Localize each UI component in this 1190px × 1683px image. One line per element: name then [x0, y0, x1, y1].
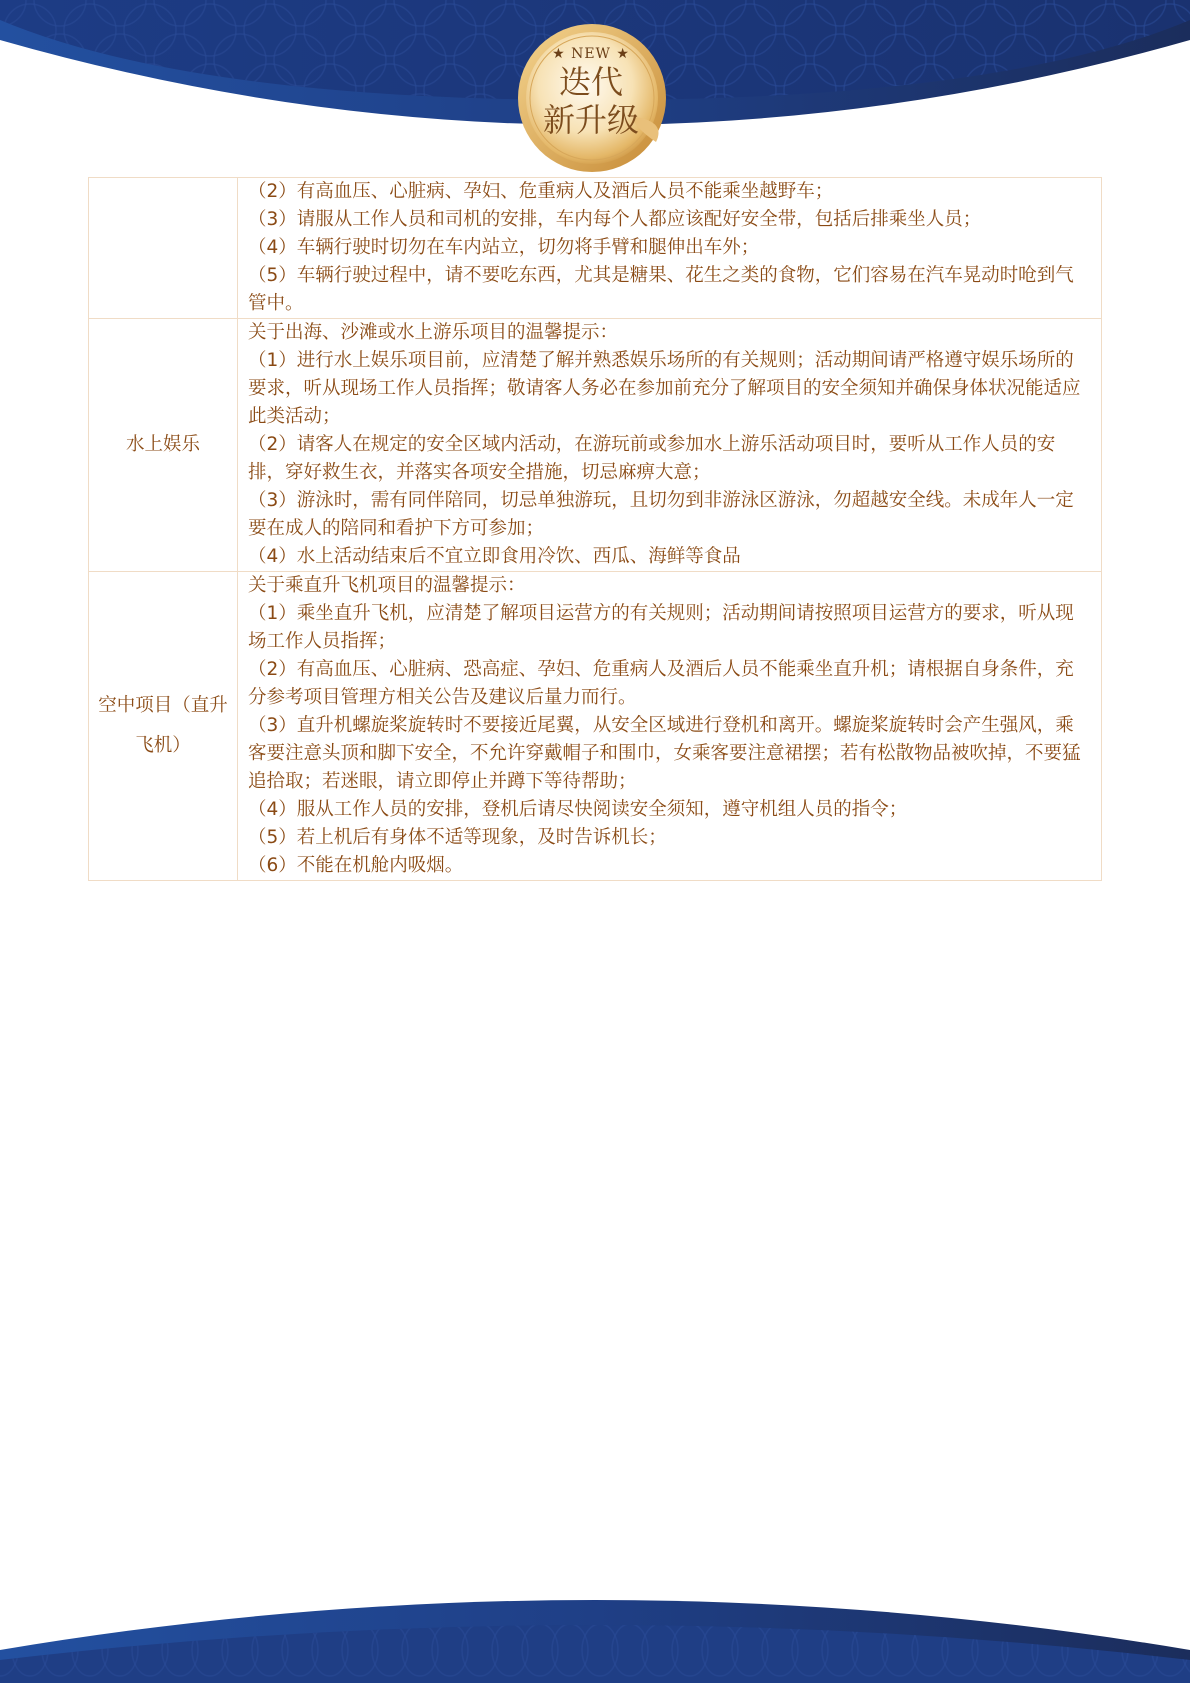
category-cell — [89, 178, 238, 319]
tip-line: （2）有高血压、心脏病、孕妇、危重病人及酒后人员不能乘坐越野车； — [248, 178, 1091, 206]
table-row-helicopter: 空中项目（直升飞机） 关于乘直升飞机项目的温馨提示： （1）乘坐直升飞机，应清楚… — [89, 572, 1102, 881]
safety-tips-table: （2）有高血压、心脏病、孕妇、危重病人及酒后人员不能乘坐越野车； （3）请服从工… — [88, 177, 1102, 881]
new-upgrade-badge: ★ NEW ★ 迭代 新升级 — [516, 22, 674, 174]
tip-line: （4）水上活动结束后不宜立即食用冷饮、西瓜、海鲜等食品 — [248, 543, 1091, 571]
tip-line: （5）车辆行驶过程中，请不要吃东西，尤其是糖果、花生之类的食物，它们容易在汽车晃… — [248, 262, 1091, 318]
tips-cell: 关于出海、沙滩或水上游乐项目的温馨提示： （1）进行水上娱乐项目前，应清楚了解并… — [238, 319, 1102, 572]
footer-wave-graphic — [0, 1560, 1190, 1683]
badge-title-line2: 新升级 — [516, 102, 666, 138]
tip-heading: 关于乘直升飞机项目的温馨提示： — [248, 572, 1091, 600]
tip-line: （1）进行水上娱乐项目前，应清楚了解并熟悉娱乐场所的有关规则；活动期间请严格遵守… — [248, 347, 1091, 431]
tip-line: （2）有高血压、心脏病、恐高症、孕妇、危重病人及酒后人员不能乘坐直升机；请根据自… — [248, 656, 1091, 712]
tip-line: （1）乘坐直升飞机，应清楚了解项目运营方的有关规则；活动期间请按照项目运营方的要… — [248, 600, 1091, 656]
tip-heading: 关于出海、沙滩或水上游乐项目的温馨提示： — [248, 319, 1091, 347]
tip-line: （6）不能在机舱内吸烟。 — [248, 852, 1091, 880]
badge-new-label: ★ NEW ★ — [516, 46, 666, 62]
tip-line: （4）服从工作人员的安排，登机后请尽快阅读安全须知，遵守机组人员的指令； — [248, 796, 1091, 824]
badge-title-line1: 迭代 — [516, 64, 666, 100]
table-row-offroad: （2）有高血压、心脏病、孕妇、危重病人及酒后人员不能乘坐越野车； （3）请服从工… — [89, 178, 1102, 319]
tip-line: （2）请客人在规定的安全区域内活动，在游玩前或参加水上游乐活动项目时，要听从工作… — [248, 431, 1091, 487]
tips-cell: 关于乘直升飞机项目的温馨提示： （1）乘坐直升飞机，应清楚了解项目运营方的有关规… — [238, 572, 1102, 881]
category-cell: 水上娱乐 — [89, 319, 238, 572]
badge-text: ★ NEW ★ 迭代 新升级 — [516, 22, 674, 174]
tip-line: （3）请服从工作人员和司机的安排，车内每个人都应该配好安全带，包括后排乘坐人员； — [248, 206, 1091, 234]
tip-line: （3）游泳时，需有同伴陪同，切忌单独游玩，且切勿到非游泳区游泳，勿超越安全线。未… — [248, 487, 1091, 543]
category-cell: 空中项目（直升飞机） — [89, 572, 238, 881]
tip-line: （5）若上机后有身体不适等现象，及时告诉机长； — [248, 824, 1091, 852]
footer-decoration — [0, 1560, 1190, 1683]
tip-line: （3）直升机螺旋桨旋转时不要接近尾翼，从安全区域进行登机和离开。螺旋桨旋转时会产… — [248, 712, 1091, 796]
tips-cell: （2）有高血压、心脏病、孕妇、危重病人及酒后人员不能乘坐越野车； （3）请服从工… — [238, 178, 1102, 319]
tip-line: （4）车辆行驶时切勿在车内站立，切勿将手臂和腿伸出车外； — [248, 234, 1091, 262]
table-row-water-entertainment: 水上娱乐 关于出海、沙滩或水上游乐项目的温馨提示： （1）进行水上娱乐项目前，应… — [89, 319, 1102, 572]
